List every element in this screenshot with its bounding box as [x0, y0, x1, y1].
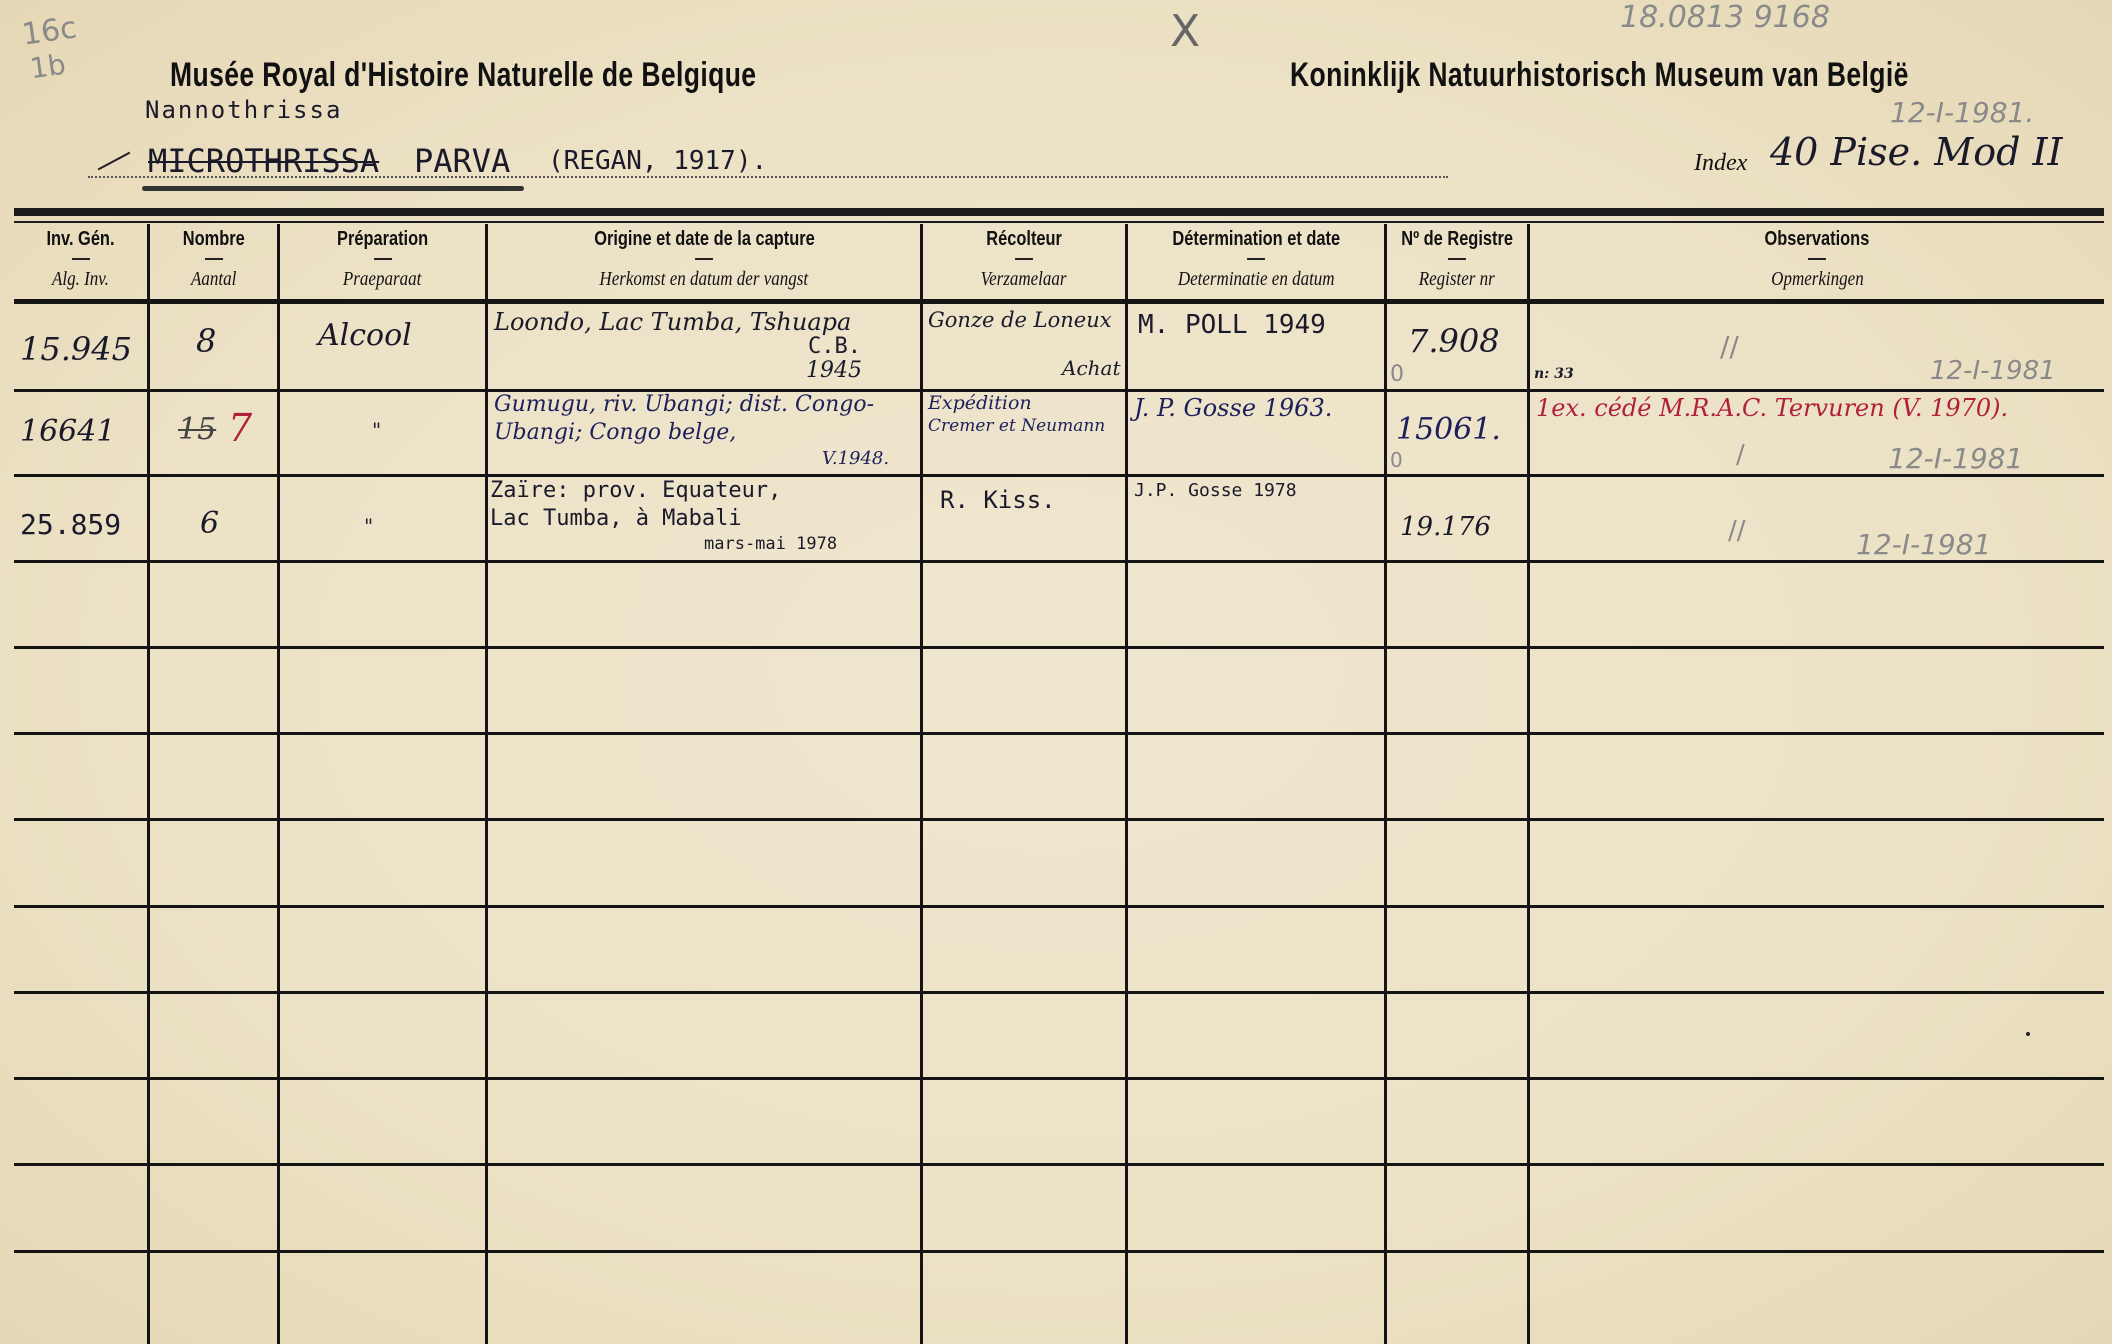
cell-origine-line2: Lac Tumba, à Mabali	[490, 506, 742, 531]
column-header-recolteur: Récolteur Verzamelaar	[923, 228, 1125, 291]
cell-preparation: "	[372, 418, 381, 442]
header-dash	[1448, 258, 1466, 260]
cell-origine-line2: Ubangi; Congo belge,	[494, 420, 736, 445]
column-divider	[1527, 224, 1530, 1344]
ink-dot	[2026, 1032, 2030, 1036]
column-divider	[1125, 224, 1128, 1344]
row-line	[14, 905, 2104, 908]
cell-observation-tick: //	[1728, 516, 1746, 546]
cell-observation-date: 12-I-1981	[1930, 356, 2056, 386]
cell-origine-line1: Loondo, Lac Tumba, Tshuapa	[494, 308, 851, 336]
column-header-fr: Récolteur	[986, 228, 1062, 251]
header-dash	[1015, 258, 1033, 260]
column-divider	[147, 224, 150, 1344]
column-divider	[920, 224, 923, 1344]
column-header-nl: Determinatie en datum	[1178, 268, 1335, 291]
species-author: (REGAN, 1917).	[548, 146, 767, 176]
row-line	[14, 474, 2104, 477]
cell-recolteur-line2: Cremer et Neumann	[928, 416, 1105, 436]
column-header-fr: Préparation	[337, 228, 428, 251]
row-line	[14, 560, 2104, 563]
cell-preparation: Alcool	[318, 318, 412, 353]
column-header-nl: Herkomst en datum der vangst	[600, 268, 809, 291]
column-header-observations: Observations Opmerkingen	[1530, 228, 2104, 291]
cell-recolteur-line2: Achat	[1062, 356, 1121, 380]
cell-recolteur-line1: Gonze de Loneux	[928, 308, 1112, 332]
column-header-origine: Origine et date de la capture Herkomst e…	[488, 228, 920, 291]
cell-observation-date: 12-I-1981	[1856, 528, 1991, 561]
table-top-thin-rule	[14, 221, 2104, 223]
row-line	[14, 389, 2104, 392]
column-header-nl: Opmerkingen	[1771, 268, 1864, 291]
header-date: 12-I-1981.	[1890, 96, 2034, 129]
header-dash	[1808, 258, 1826, 260]
cell-observation-tick: /	[1736, 440, 1745, 470]
header-dash	[205, 258, 223, 260]
column-divider	[277, 224, 280, 1344]
cell-origine-line1: Zaïre: prov. Equateur,	[490, 478, 781, 503]
index-label: Index	[1694, 150, 1747, 177]
corner-note-2: 1b	[28, 48, 68, 86]
column-header-fr: Observations	[1765, 228, 1870, 251]
cell-preparation: "	[364, 514, 373, 538]
table-top-thick-rule	[14, 208, 2104, 216]
cell-registre: 19.176	[1400, 512, 1491, 542]
header-dash	[695, 258, 713, 260]
column-header-registre: Nº de Registre Register nr	[1387, 228, 1527, 291]
header-bottom-rule	[14, 299, 2104, 304]
cell-nombre: 7	[228, 406, 252, 450]
column-divider	[1384, 224, 1387, 1344]
title-dutch: Koninklijk Natuurhistorisch Museum van B…	[1290, 56, 1909, 95]
cell-determination: M. POLL 1949	[1138, 310, 1326, 340]
cell-registre-mark: 0	[1390, 362, 1404, 387]
corner-note-1: 16c	[20, 10, 79, 52]
cell-observation-note: 1ex. cédé M.R.A.C. Tervuren (V. 1970).	[1536, 394, 2008, 422]
index-value: 40 Pise. Mod II	[1770, 130, 2063, 174]
cell-origine-line3: V.1948.	[822, 448, 889, 469]
column-header-fr: Nº de Registre	[1401, 228, 1513, 251]
row-line	[14, 1250, 2104, 1253]
cell-observation-tick: //	[1720, 330, 1739, 363]
column-header-fr: Origine et date de la capture	[594, 228, 815, 251]
column-header-nl: Praeparaat	[343, 268, 421, 291]
cell-registre-mark: 0	[1390, 448, 1403, 472]
header-dash	[72, 258, 90, 260]
top-pencil-number: 18.0813 9168	[1620, 0, 1830, 35]
row-line	[14, 732, 2104, 735]
row-line	[14, 1077, 2104, 1080]
column-header-preparation: Préparation Praeparaat	[280, 228, 485, 291]
column-header-nl: Alg. Inv.	[52, 268, 109, 291]
row-line	[14, 991, 2104, 994]
cell-observation-date: 12-I-1981	[1888, 442, 2023, 475]
column-header-nl: Aantal	[191, 268, 236, 291]
column-header-determination: Détermination et date Determinatie en da…	[1128, 228, 1384, 291]
species-name: PARVA	[414, 142, 510, 180]
column-header-nombre: Nombre Aantal	[150, 228, 277, 291]
column-header-inv: Inv. Gén. Alg. Inv.	[14, 228, 147, 291]
cell-recolteur-line1: Expédition	[928, 392, 1032, 414]
column-divider	[485, 224, 488, 1344]
cell-registre: 7.908	[1408, 322, 1500, 360]
cell-origine-line1: Gumugu, riv. Ubangi; dist. Congo-	[494, 392, 874, 417]
cell-determination: J. P. Gosse 1963.	[1134, 394, 1332, 422]
cross-mark: X	[1170, 6, 1200, 57]
species-genus-struck: MICROTHRISSA	[148, 142, 379, 180]
column-header-fr: Nombre	[183, 228, 245, 251]
column-header-nl: Register nr	[1419, 268, 1495, 291]
cell-observation-note: n: 33	[1534, 366, 1574, 382]
cell-origine-line3: 1945	[806, 358, 862, 383]
cell-determination: J.P. Gosse 1978	[1134, 480, 1297, 501]
column-header-nl: Verzamelaar	[981, 268, 1067, 291]
cell-recolteur: R. Kiss.	[940, 486, 1056, 514]
title-french: Musée Royal d'Histoire Naturelle de Belg…	[170, 56, 756, 95]
cell-nombre-struck: 15	[178, 412, 216, 447]
species-underline	[142, 186, 524, 191]
cell-registre: 15061.	[1396, 412, 1501, 447]
cell-origine-line2: C.B.	[808, 334, 861, 359]
header-dash	[1247, 258, 1265, 260]
header-dash	[374, 258, 392, 260]
cell-inv: 25.859	[20, 508, 121, 541]
row-line	[14, 646, 2104, 649]
row-line	[14, 818, 2104, 821]
cell-origine-line3: mars-mai 1978	[704, 534, 837, 554]
row-line	[14, 1163, 2104, 1166]
species-tick-mark	[98, 152, 131, 171]
column-header-fr: Détermination et date	[1172, 228, 1340, 251]
column-header-fr: Inv. Gén.	[46, 228, 114, 251]
cell-inv: 15.945	[20, 330, 132, 368]
cell-inv: 16641	[20, 414, 115, 449]
cell-nombre: 8	[196, 322, 216, 360]
genus-correction: Nannothrissa	[145, 96, 342, 124]
cell-nombre: 6	[200, 506, 219, 541]
